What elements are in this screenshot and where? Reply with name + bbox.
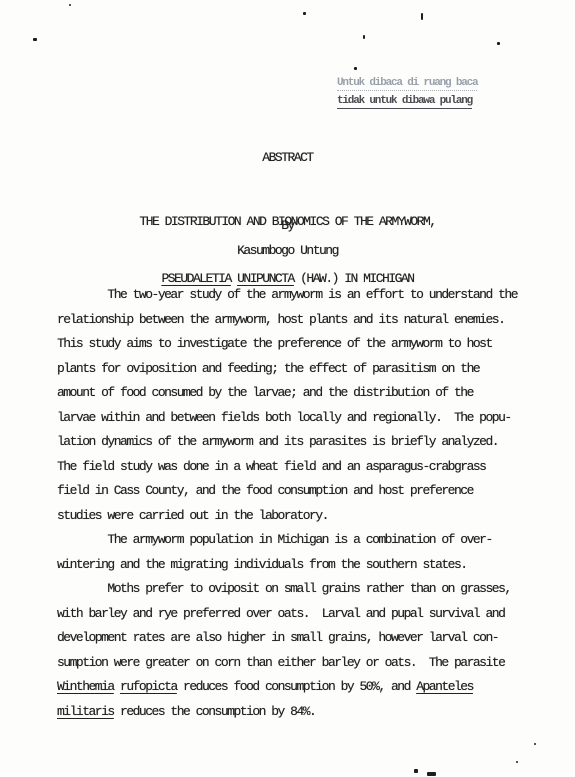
text-line: militaris reduces the consumption by 84%… xyxy=(57,700,517,725)
text-segment: with barley and rye preferred over oats.… xyxy=(57,606,504,621)
text-segment: plants for oviposition and feeding; the … xyxy=(57,361,479,376)
text-line: wintering and the migrating individuals … xyxy=(57,553,517,578)
text-line: development rates are also higher in sma… xyxy=(57,626,517,651)
ink-speck xyxy=(414,769,418,773)
text-segment: lation dynamics of the armyworm and its … xyxy=(57,434,498,449)
underlined-text: militaris xyxy=(57,704,114,719)
underlined-text: rufopicta xyxy=(120,679,177,694)
text-segment: studies were carried out in the laborato… xyxy=(57,508,328,523)
ink-speck xyxy=(534,743,536,745)
text-segment: The armyworm population in Michigan is a… xyxy=(57,532,492,547)
text-segment: field in Cass County, and the food consu… xyxy=(57,483,473,498)
abstract-body: The two-year study of the armyworm is an… xyxy=(57,283,517,724)
text-line: This study aims to investigate the prefe… xyxy=(57,332,517,357)
ink-speck xyxy=(363,35,365,39)
text-line: amount of food consumed by the larvae; a… xyxy=(57,381,517,406)
text-line: studies were carried out in the laborato… xyxy=(57,504,517,529)
text-segment: larvae within and between fields both lo… xyxy=(57,410,511,425)
text-segment: sumption were greater on corn than eithe… xyxy=(57,655,504,670)
text-line: lation dynamics of the armyworm and its … xyxy=(57,430,517,455)
ink-speck xyxy=(303,12,306,15)
text-line: field in Cass County, and the food consu… xyxy=(57,479,517,504)
scanned-document-page: Untuk dibaca di ruang baca tidak untuk d… xyxy=(0,0,575,777)
text-segment: development rates are also higher in sma… xyxy=(57,630,498,645)
text-line: relationship between the armyworm, host … xyxy=(57,308,517,333)
ink-speck xyxy=(427,772,436,776)
ink-speck xyxy=(354,67,357,70)
underlined-text: Winthemia xyxy=(57,679,114,694)
text-segment: The field study was done in a wheat fiel… xyxy=(57,459,486,474)
text-line: larvae within and between fields both lo… xyxy=(57,406,517,431)
text-line: plants for oviposition and feeding; the … xyxy=(57,357,517,382)
ink-speck xyxy=(497,42,500,45)
text-segment: Moths prefer to oviposit on small grains… xyxy=(57,581,511,596)
text-segment: The two-year study of the armyworm is an… xyxy=(57,287,517,302)
text-segment: amount of food consumed by the larvae; a… xyxy=(57,385,473,400)
underlined-text: Apanteles xyxy=(416,679,473,694)
byline: By xyxy=(0,218,575,233)
text-line: Moths prefer to oviposit on small grains… xyxy=(57,577,517,602)
author-name: Kasumbogo Untung xyxy=(0,243,575,258)
text-line: The armyworm population in Michigan is a… xyxy=(57,528,517,553)
ink-speck xyxy=(69,4,71,6)
text-line: with barley and rye preferred over oats.… xyxy=(57,602,517,627)
text-segment: reduces the consumption by 84%. xyxy=(114,704,316,719)
library-stamp-line-1: Untuk dibaca di ruang baca xyxy=(337,77,477,91)
library-stamp-line-2: tidak untuk dibawa pulang xyxy=(337,95,472,109)
text-line: The field study was done in a wheat fiel… xyxy=(57,455,517,480)
abstract-heading: ABSTRACT xyxy=(0,150,575,165)
text-segment: wintering and the migrating individuals … xyxy=(57,557,467,572)
text-segment: This study aims to investigate the prefe… xyxy=(57,336,492,351)
ink-speck xyxy=(33,38,37,41)
text-segment: relationship between the armyworm, host … xyxy=(57,312,504,327)
ink-speck xyxy=(516,761,518,763)
ink-speck xyxy=(421,13,423,20)
text-line: The two-year study of the armyworm is an… xyxy=(57,283,517,308)
text-line: sumption were greater on corn than eithe… xyxy=(57,651,517,676)
text-segment: reduces food consumption by 50%, and xyxy=(177,679,416,694)
text-line: Winthemia rufopicta reduces food consump… xyxy=(57,675,517,700)
